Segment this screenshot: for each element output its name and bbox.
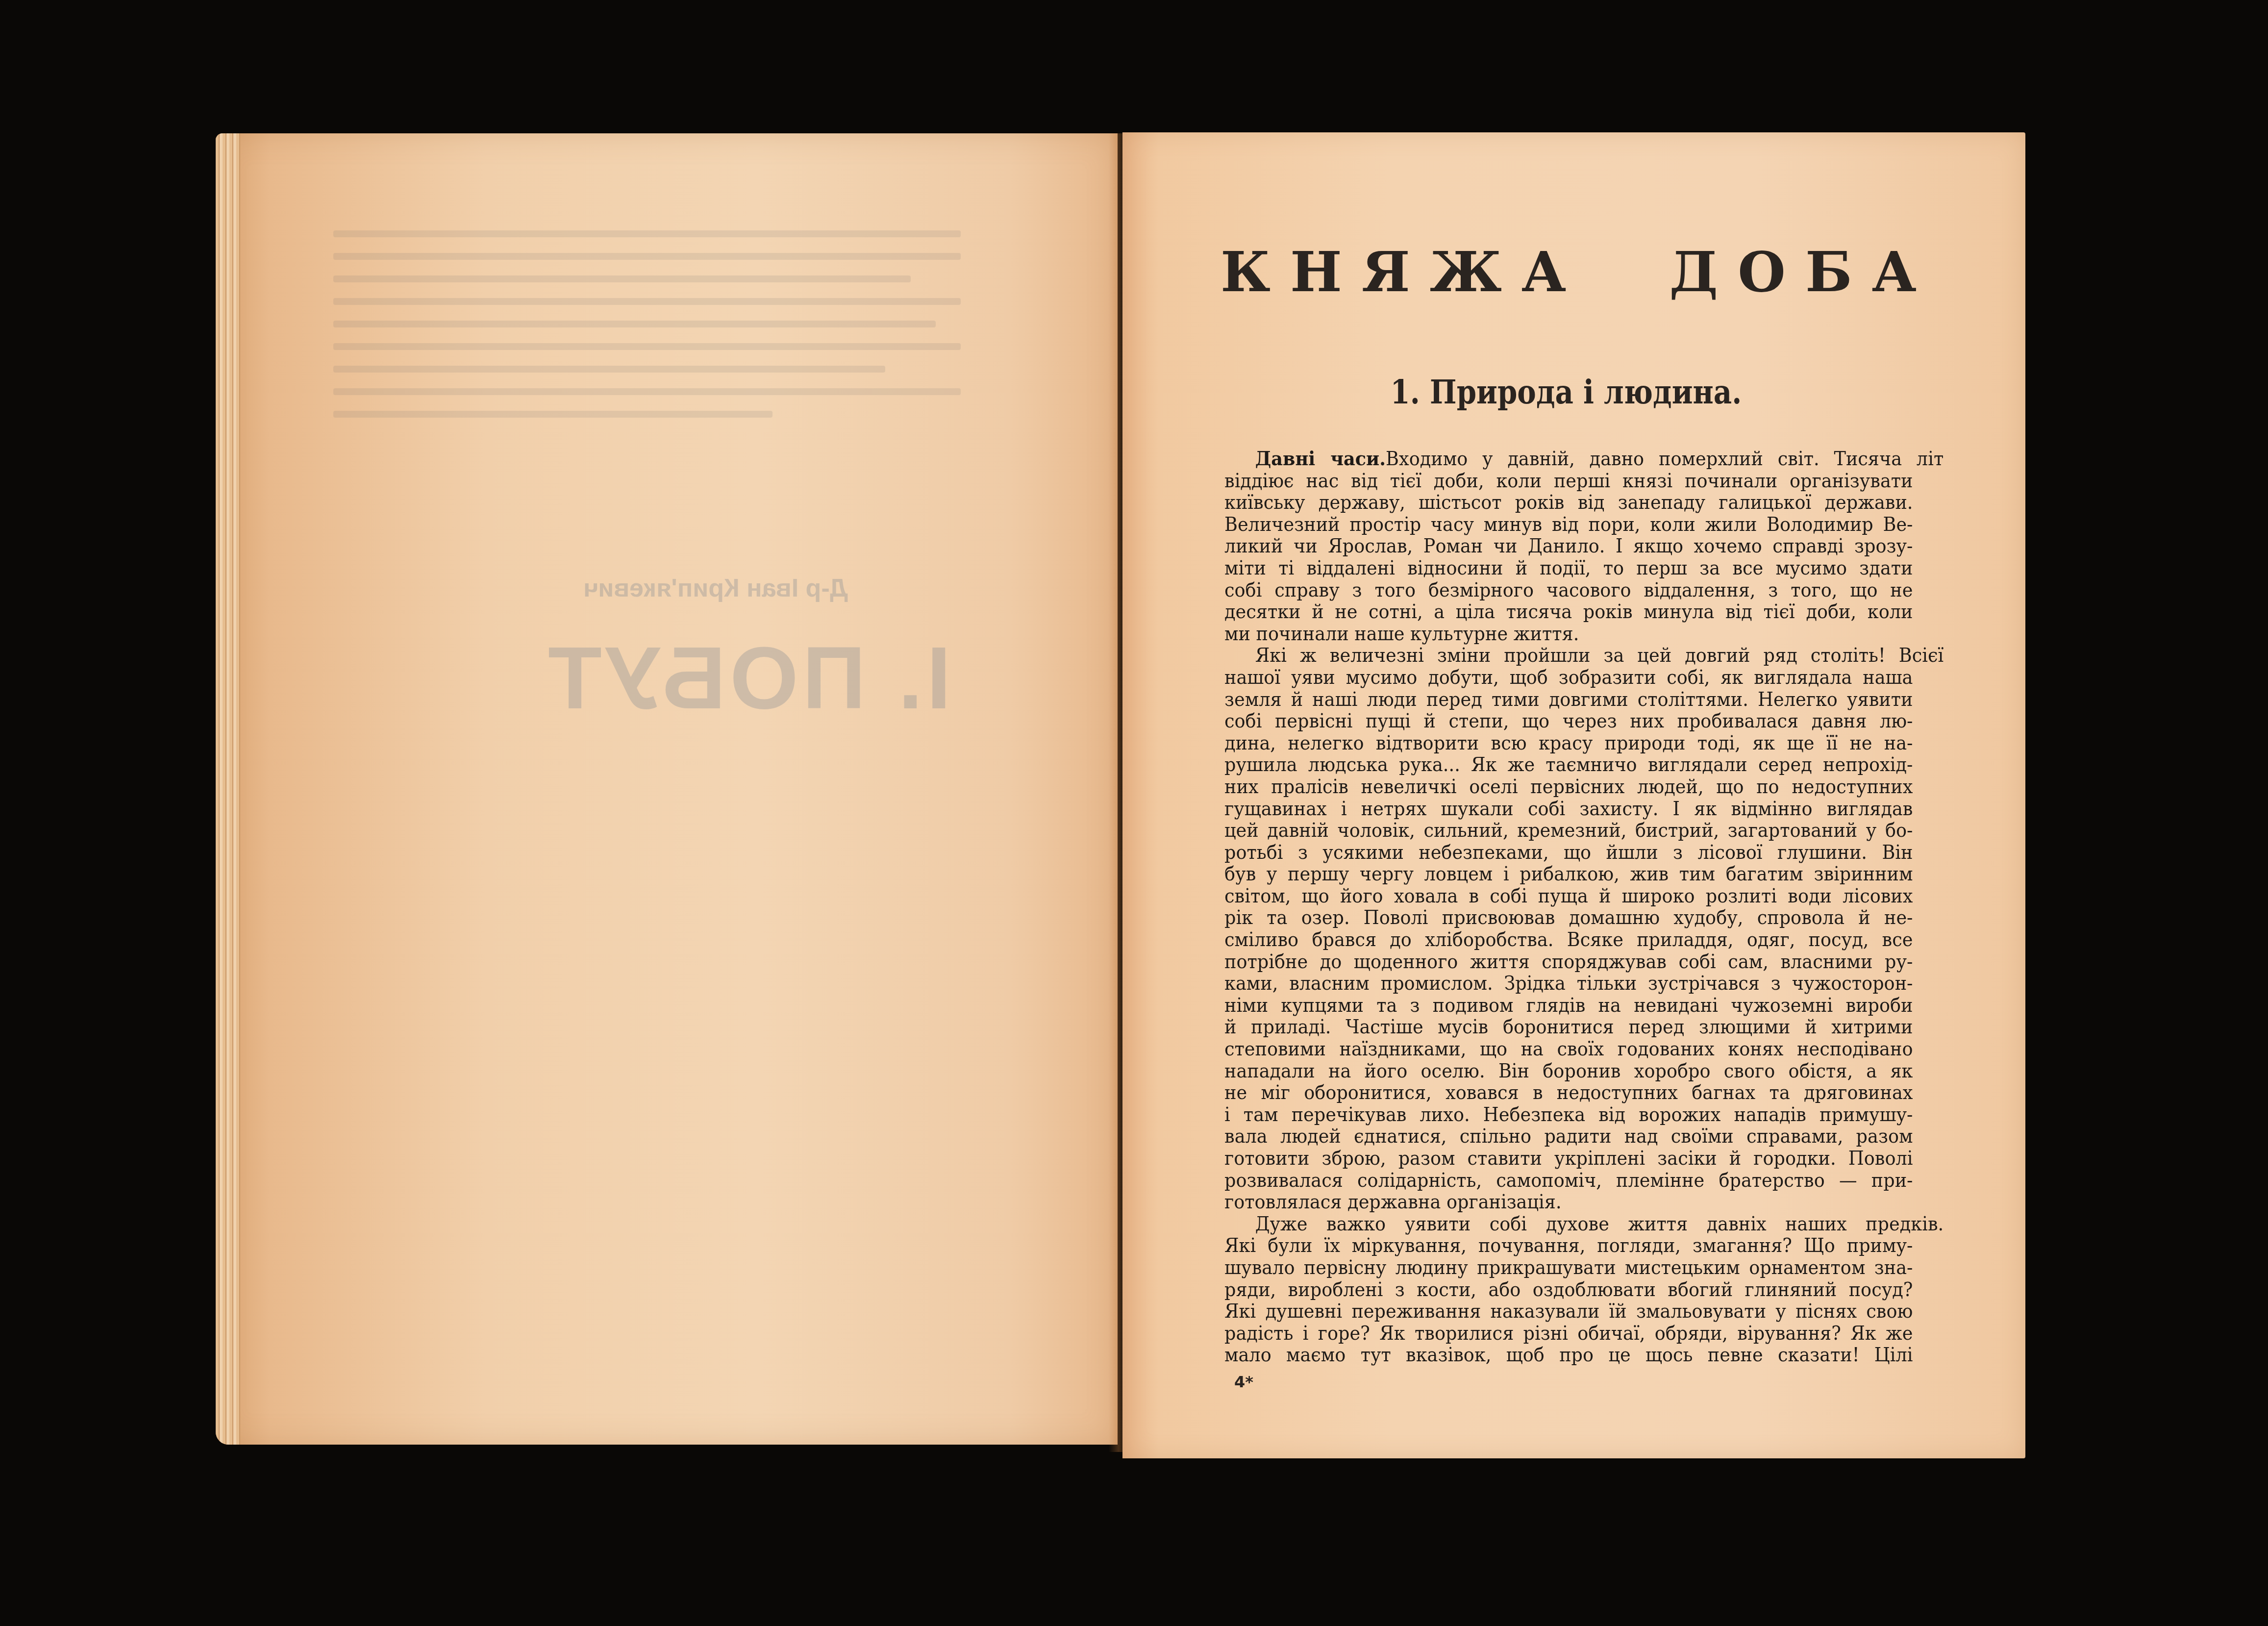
text-line: земля й наші люди перед тими довгими сто… — [1224, 689, 1913, 711]
text-line: гущавинах і нетрях шукали собі захисту. … — [1224, 799, 1913, 821]
text-line: був у першу чергу ловцем і рибалкою, жив… — [1224, 864, 1913, 886]
text-line: ми починали наше культурне життя. — [1224, 624, 1913, 646]
text-line: готовити зброю, разом ставити укріплені … — [1224, 1148, 1913, 1170]
text-line: мало маємо тут вказівок, щоб про це щось… — [1224, 1345, 1913, 1367]
title-letter: К — [1221, 240, 1271, 304]
text-line: ликий чи Ярослав, Роман чи Данило. І якщ… — [1224, 536, 1913, 558]
text-line: розвивалася солідарність, самопоміч, пле… — [1224, 1170, 1913, 1192]
chapter-title: К Н Я Ж А Д О Б А — [1221, 240, 1917, 304]
text-line: рушила людська рука... Як же таємничо ви… — [1224, 754, 1913, 776]
text-line: цей давній чоловік, сильний, кремезний, … — [1224, 820, 1913, 842]
text-line: Які ж величезні зміни пройшли за цей дов… — [1224, 645, 1944, 667]
text-line: світом, що його ховала в собі пуща й шир… — [1224, 886, 1913, 908]
text-line: ротьбі з усякими небезпеками, що йшли з … — [1224, 842, 1913, 864]
text-line: готовлялася державна організація. — [1224, 1192, 1913, 1214]
text-line: собі первісні пущі й степи, що через них… — [1224, 711, 1913, 733]
text-line: і там перечікував лихо. Небезпека від во… — [1224, 1104, 1913, 1126]
text-line: міти ті віддалені відносини й події, то … — [1224, 558, 1913, 580]
left-page-show-through-lines — [333, 230, 961, 433]
page-stack-edges — [216, 133, 240, 1445]
title-letter: А — [1872, 240, 1917, 304]
title-letter: Н — [1290, 240, 1342, 304]
text-line: радість і горе? Як творилися різні обича… — [1224, 1323, 1913, 1345]
title-letter: Я — [1362, 240, 1410, 304]
open-book: Д-р Іван Крип'якевич І. ПОБУТ К Н Я Ж А … — [0, 0, 2268, 1626]
text-line: потрібне до щоденного життя споряджував … — [1224, 951, 1913, 974]
text-line: нашої уяви мусимо добути, щоб зобразити … — [1224, 667, 1913, 689]
text-line: не міг оборонитися, ховався в недоступни… — [1224, 1082, 1913, 1104]
text-line: ряди, вироблені з кости, або оздоблювати… — [1224, 1279, 1913, 1301]
text-line: сміливо брався до хліборобства. Всяке пр… — [1224, 929, 1913, 951]
left-page-show-through-title: І. ПОБУТ — [544, 627, 951, 729]
text-line: десятки й не сотні, а ціла тисяча років … — [1224, 601, 1913, 624]
text-line: степовими наїздниками, що на своїх годов… — [1224, 1039, 1913, 1061]
text-line: Які душевні переживання наказували їй зм… — [1224, 1301, 1913, 1323]
title-letter: О — [1738, 240, 1786, 304]
text-line: них пралісів невеличкі оселі первісних л… — [1224, 776, 1913, 799]
text-line-content: Входимо у давній, давно померхлий світ. … — [1386, 449, 1944, 470]
title-letter: Б — [1805, 240, 1852, 304]
text-line: нападали на його оселю. Він боронив хоро… — [1224, 1061, 1913, 1083]
text-line: ками, власним промислом. Зрідка тільки з… — [1224, 973, 1913, 995]
left-page-show-through-author: Д-р Іван Крип'якевич — [583, 574, 848, 603]
text-line: віддіює нас від тієї доби, коли перші кн… — [1224, 471, 1913, 493]
title-word-gap — [1586, 240, 1649, 304]
text-line: й приладі. Частіше мусів боронитися пере… — [1224, 1017, 1913, 1039]
title-letter: Д — [1670, 240, 1719, 304]
text-line: собі справу з того безмірного часового в… — [1224, 580, 1913, 602]
text-line: Які були їх міркування, почування, погля… — [1224, 1235, 1913, 1257]
runin-heading: Давні часи. — [1255, 449, 1386, 470]
text-line: київську державу, шістьсот років від зан… — [1224, 492, 1913, 514]
text-line: дина, нелегко відтворити всю красу приро… — [1224, 733, 1913, 755]
text-line: Величезний простір часу минув від пори, … — [1224, 514, 1913, 536]
text-line: Давні часи.Входимо у давній, давно помер… — [1224, 449, 1944, 471]
section-title: 1. Природа і людина. — [1268, 373, 1864, 412]
body-text: Давні часи.Входимо у давній, давно помер… — [1224, 449, 1915, 1367]
text-line: вала людей єднатися, спільно радити над … — [1224, 1126, 1913, 1148]
title-letter: Ж — [1430, 240, 1502, 304]
title-letter: А — [1521, 240, 1566, 304]
text-line: рік та озер. Поволі присвоював домашню х… — [1224, 907, 1913, 929]
text-line: Дуже важко уявити собі духове життя давн… — [1224, 1214, 1944, 1236]
text-line: німи купцями та з подивом глядів на неви… — [1224, 995, 1913, 1017]
page-number: 4* — [1234, 1373, 1253, 1391]
text-line: шувало первісну людину прикрашувати мист… — [1224, 1257, 1913, 1279]
